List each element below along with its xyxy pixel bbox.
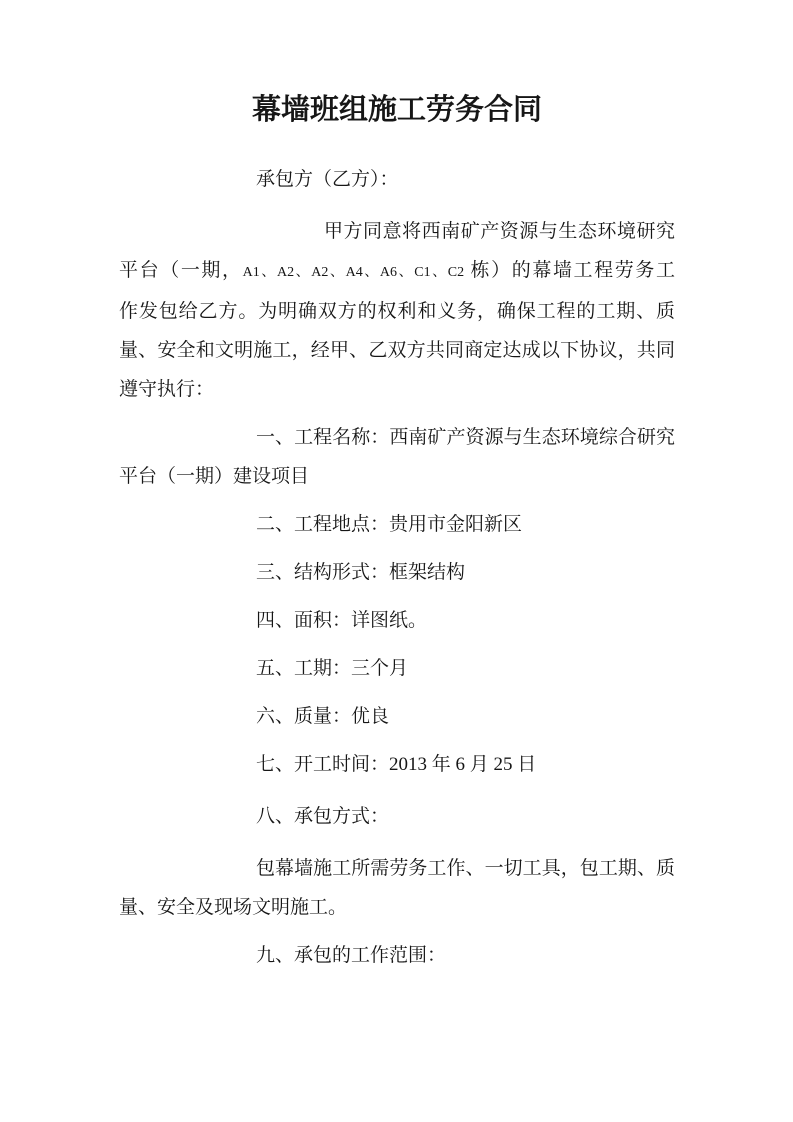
intro-line-4: 量、安全和文明施工，经甲、乙双方共同商定达成以下协议，共同 bbox=[119, 331, 675, 370]
text-segment: 栋）的幕墙工程劳务工 bbox=[464, 260, 675, 281]
clause-8-body-line-1: 包幕墙施工所需劳务工作、一切工具，包工期、质 bbox=[119, 849, 675, 888]
clause-9-work-scope-heading: 九、承包的工作范围： bbox=[119, 936, 675, 975]
text-segment: A1、A2、A2、A4、A6、C1、C2 bbox=[243, 265, 465, 280]
document-title: 幕墙班组施工劳务合同 bbox=[119, 88, 675, 132]
clause-7-start-date: 七、开工时间：2013 年 6 月 25 日 bbox=[119, 745, 675, 784]
party-b-line: 承包方（乙方）： bbox=[119, 160, 675, 199]
clause-1-project-name-line-1: 一、工程名称：西南矿产资源与生态环境综合研究 bbox=[119, 418, 675, 457]
clause-1-project-name-line-2: 平台（一期）建设项目 bbox=[119, 457, 675, 496]
clause-8-contract-mode-heading: 八、承包方式： bbox=[119, 797, 675, 836]
clause-2-location: 二、工程地点：贵用市金阳新区 bbox=[119, 505, 675, 544]
intro-line-1: 甲方同意将西南矿产资源与生态环境研究 bbox=[119, 212, 675, 251]
intro-line-5: 遵守执行： bbox=[119, 370, 675, 409]
text-segment: 平台（一期， bbox=[119, 260, 243, 281]
clause-3-structure-type: 三、结构形式：框架结构 bbox=[119, 553, 675, 592]
clause-6-quality: 六、质量：优良 bbox=[119, 697, 675, 736]
clause-8-body-line-2: 量、安全及现场文明施工。 bbox=[119, 888, 675, 927]
intro-line-3: 作发包给乙方。为明确双方的权利和义务，确保工程的工期、质 bbox=[119, 292, 675, 331]
clause-5-duration: 五、工期：三个月 bbox=[119, 649, 675, 688]
clause-4-area: 四、面积：详图纸。 bbox=[119, 601, 675, 640]
contract-document-page: 幕墙班组施工劳务合同 承包方（乙方）： 甲方同意将西南矿产资源与生态环境研究 平… bbox=[0, 0, 793, 1122]
intro-line-2: 平台（一期，A1、A2、A2、A4、A6、C1、C2 栋）的幕墙工程劳务工 bbox=[119, 251, 675, 292]
